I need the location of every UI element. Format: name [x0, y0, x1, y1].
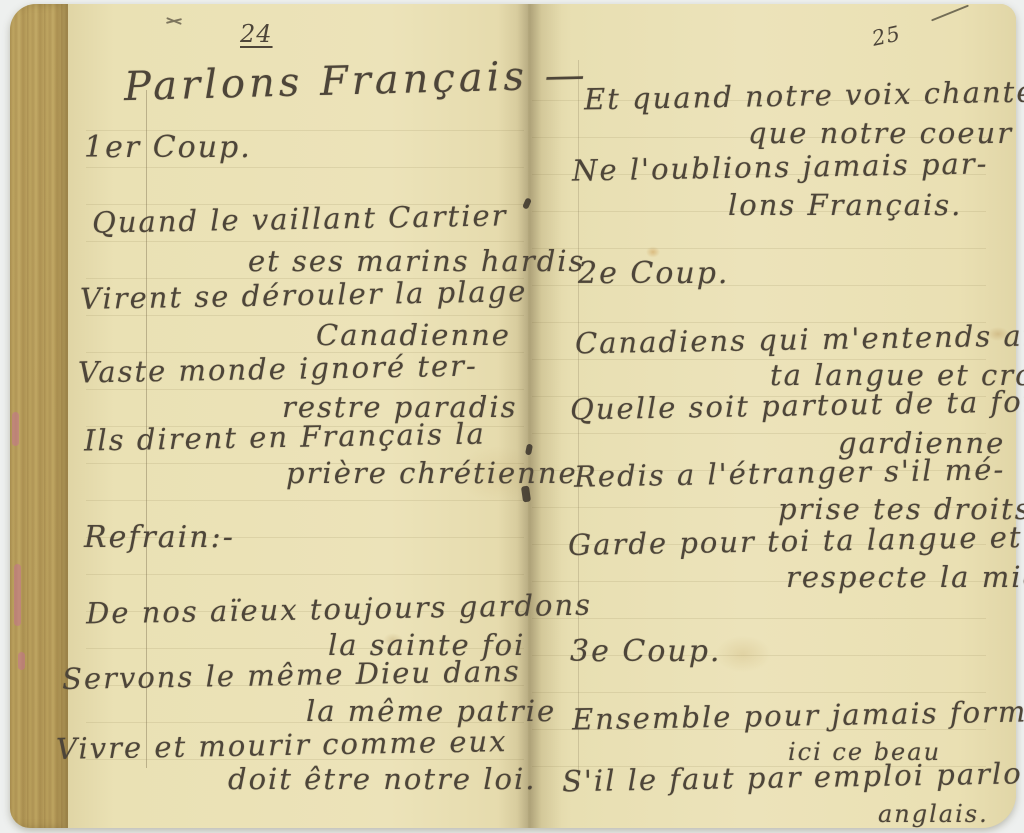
handwriting-line: Ne l'oublions jamais par- — [572, 146, 989, 187]
pink-edge-mark — [18, 652, 25, 670]
verse1-heading: 1er Coup. — [84, 130, 252, 165]
verse3-heading: 3e Coup. — [570, 634, 721, 669]
pink-edge-mark — [12, 412, 19, 446]
page-number-left: 24 — [240, 20, 273, 48]
handwriting-line: Quand le vaillant Cartier — [92, 198, 508, 239]
handwriting-line: Vaste monde ignoré ter- — [78, 349, 478, 390]
handwriting-line: respecte la mienne — [786, 560, 1024, 594]
handwriting-line: la même patrie — [306, 694, 556, 728]
handwriting-line: prière chrétienne — [286, 456, 578, 490]
handwriting-line: Ils dirent en Français la — [84, 416, 486, 457]
handwriting-line: Canadienne — [316, 318, 511, 352]
handwriting-line: doit être notre loi. — [228, 762, 537, 796]
handwriting-line: que notre coeur prie — [748, 116, 1024, 150]
ink-squiggle-mark — [166, 16, 182, 26]
handwriting-line: et ses marins hardis — [248, 244, 585, 278]
handwriting-line: anglais. — [878, 800, 989, 828]
pink-edge-mark — [14, 564, 21, 626]
verse2-heading: 2e Coup. — [578, 256, 729, 291]
refrain-heading: Refrain:- — [84, 520, 235, 555]
handwriting-line: lons Français. — [728, 188, 962, 222]
